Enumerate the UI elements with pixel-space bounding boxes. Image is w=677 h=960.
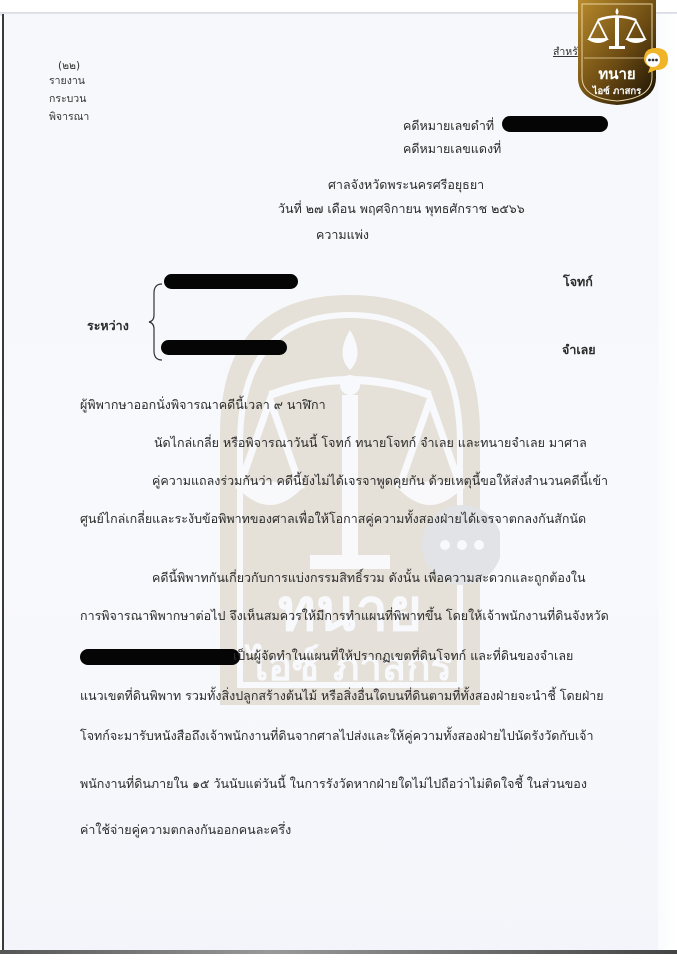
paragraph-line: การพิจารณาพิพากษาต่อไป จึงเห็นสมควรให้มี… bbox=[80, 606, 609, 626]
defendant-label: จำเลย bbox=[562, 340, 596, 360]
redacted-defendant-name bbox=[161, 340, 287, 355]
court-name: ศาลจังหวัดพระนครศรีอยุธยา bbox=[328, 175, 484, 195]
red-case-number-label: คดีหมายเลขแดงที่ bbox=[403, 139, 501, 159]
form-label-consideration: พิจารณา bbox=[49, 109, 89, 126]
redacted-black-case-number bbox=[502, 116, 608, 132]
svg-text:ไอซ์ ภาสกร: ไอซ์ ภาสกร bbox=[592, 85, 642, 97]
top-right-label: สำหรั bbox=[553, 44, 578, 61]
paragraph-line: คู่ความแถลงร่วมกันว่า คดีนี้ยังไม่ได้เจร… bbox=[152, 471, 608, 491]
svg-text:ทนาย: ทนาย bbox=[598, 65, 635, 83]
case-type: ความแพ่ง bbox=[316, 225, 369, 245]
scan-bottom-edge bbox=[0, 950, 677, 954]
paragraph-line: พนักงานที่ดินภายใน ๑๕ วันนับแต่วันนี้ ใน… bbox=[80, 774, 587, 794]
form-label-process: กระบวน bbox=[49, 91, 86, 108]
chat-bubble-icon bbox=[642, 46, 670, 74]
between-label: ระหว่าง bbox=[87, 316, 129, 336]
redacted-province-name bbox=[80, 649, 240, 665]
hearing-date: วันที่ ๒๗ เดือน พฤศจิกายน พุทธศักราช ๒๕๖… bbox=[278, 199, 525, 219]
paragraph-line: ค่าใช้จ่ายคู่ความตกลงกันออกคนละครึ่ง bbox=[80, 820, 291, 840]
paragraph-line: เป็นผู้จัดทำในแผนที่ให้ปรากฏเขตที่ดินโจท… bbox=[233, 646, 573, 666]
redacted-plaintiff-name bbox=[164, 274, 298, 289]
form-label-report: รายงาน bbox=[49, 73, 85, 90]
paragraph-line: ศูนย์ไกล่เกลี่ยและระงับข้อพิพาทของศาลเพื… bbox=[80, 509, 586, 529]
paragraph-line: คดีนี้พิพาทกันเกี่ยวกับการแบ่งกรรมสิทธิ์… bbox=[152, 568, 586, 588]
paragraph-line: แนวเขตที่ดินพิพาท รวมทั้งสิ่งปลูกสร้างต้… bbox=[80, 686, 604, 706]
paragraph-line: โจทก์จะมารับหนังสือถึงเจ้าพนักงานที่ดินจ… bbox=[80, 726, 594, 746]
paragraph-line: นัดไกล่เกลี่ย หรือพิจารณาวันนี้ โจทก์ ทน… bbox=[154, 433, 587, 453]
scan-right-margin bbox=[658, 14, 677, 952]
black-case-number-label: คดีหมายเลขดำที่ bbox=[403, 116, 494, 136]
plaintiff-label: โจทก์ bbox=[563, 272, 593, 292]
paragraph-line: ผู้พิพากษาออกนั่งพิจารณาคดีนี้เวลา ๙ นาฬ… bbox=[80, 395, 326, 415]
